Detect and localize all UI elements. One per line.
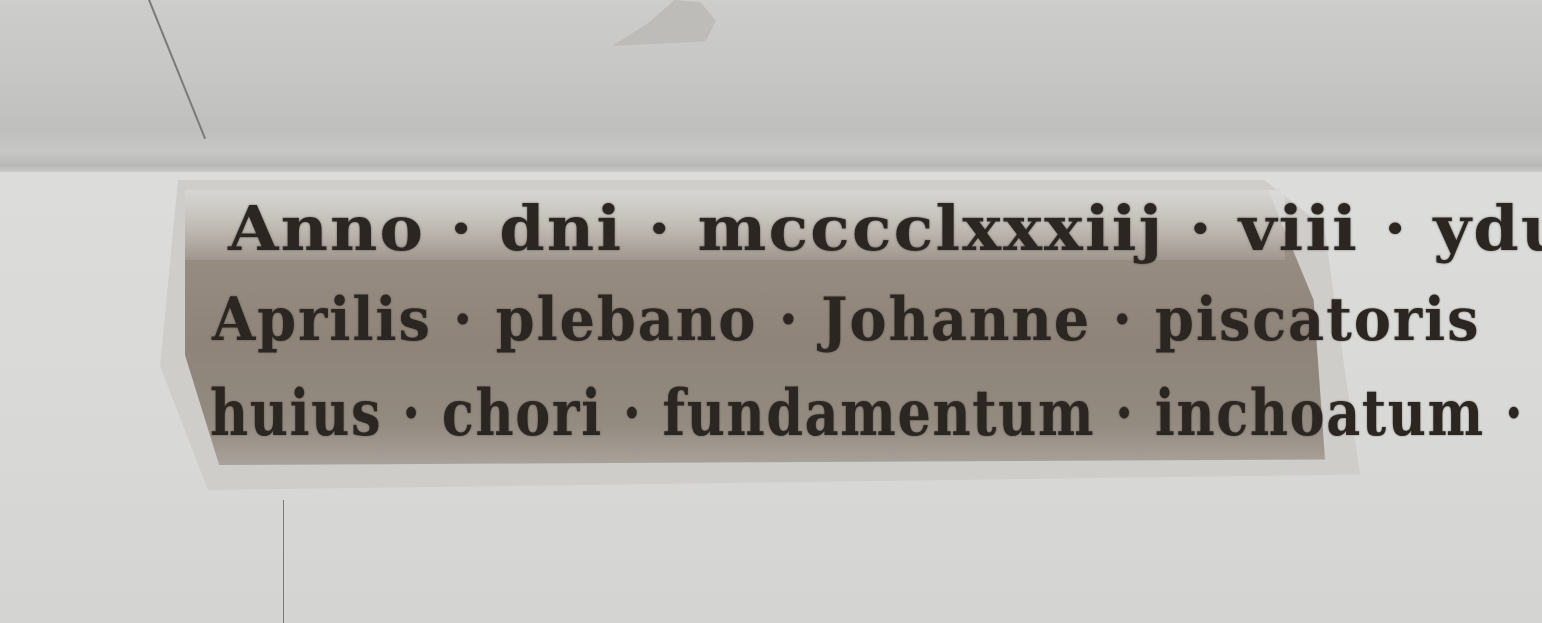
inscription-line-2: Aprilis · plebano · Johanne · piscatoris bbox=[212, 285, 1480, 355]
paint-flake bbox=[612, 0, 716, 46]
inscription-line-1: Anno · dni · mcccclxxxiij · viii · ydus bbox=[228, 192, 1542, 265]
wall-crack bbox=[283, 500, 284, 623]
inscription-line-3: huius · chori · fundamentum · inchoatum … bbox=[210, 376, 1542, 451]
ceiling-ledge bbox=[0, 0, 1542, 172]
